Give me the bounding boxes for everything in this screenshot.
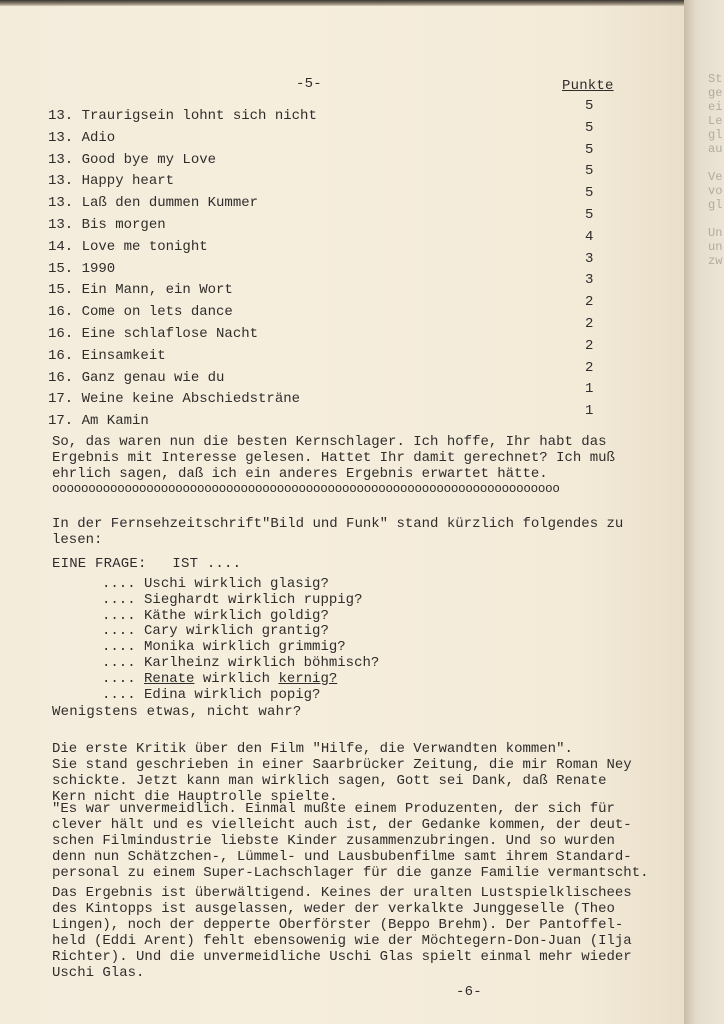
ranking-points: 5 [585, 207, 593, 223]
ranking-row: 17. Am Kamin [48, 413, 149, 429]
ranking-points: 4 [585, 229, 593, 245]
closing-paragraph: So, das waren nun die besten Kernschlage… [52, 434, 692, 482]
question-item: .... Edina wirklich popig? [102, 687, 320, 703]
question-item: .... Monika wirklich grimmig? [102, 639, 346, 655]
ranking-points: 5 [585, 120, 593, 136]
question-item: .... Uschi wirklich glasig? [102, 576, 329, 592]
ranking-row: 15. 1990 [48, 261, 115, 277]
ranking-points: 2 [585, 338, 593, 354]
ranking-points: 2 [585, 360, 593, 376]
question-heading: EINE FRAGE: IST .... [52, 556, 241, 572]
ranking-row: 13. Happy heart [48, 173, 174, 189]
ranking-row: 16. Eine schlaflose Nacht [48, 326, 258, 342]
ranking-row: 15. Ein Mann, ein Wort [48, 282, 233, 298]
ranking-row: 17. Weine keine Abschiedsträne [48, 391, 300, 407]
critique-paragraph: Die erste Kritik über den Film "Hilfe, d… [52, 741, 692, 805]
ranking-points: 2 [585, 316, 593, 332]
ranking-points: 5 [585, 185, 593, 201]
ranking-points: 2 [585, 294, 593, 310]
ranking-points: 5 [585, 98, 593, 114]
question-item: .... Sieghardt wirklich ruppig? [102, 592, 362, 608]
ranking-row: 14. Love me tonight [48, 239, 208, 255]
question-closing: Wenigstens etwas, nicht wahr? [52, 704, 301, 720]
ranking-points: 1 [585, 403, 593, 419]
question-item: .... Karlheinz wirklich böhmisch? [102, 655, 379, 671]
intro-paragraph: In der Fernsehzeitschrift"Bild und Funk"… [52, 516, 692, 548]
ranking-row: 16. Ganz genau wie du [48, 370, 224, 386]
ranking-points: 1 [585, 381, 593, 397]
question-item: .... Cary wirklich grantig? [102, 623, 329, 639]
ranking-points: 5 [585, 142, 593, 158]
ranking-points: 5 [585, 163, 593, 179]
ranking-row: 13. Traurigsein lohnt sich nicht [48, 108, 317, 124]
ranking-row: 16. Come on lets dance [48, 304, 233, 320]
page-number-top: -5- [296, 76, 322, 92]
ranking-points: 3 [585, 272, 593, 288]
ranking-points: 3 [585, 251, 593, 267]
ranking-row: 13. Good bye my Love [48, 152, 216, 168]
ranking-row: 13. Laß den dummen Kummer [48, 195, 258, 211]
page-number-bottom: -6- [456, 984, 482, 1000]
question-item: .... Käthe wirklich goldig? [102, 608, 329, 624]
divider-line: oooooooooooooooooooooooooooooooooooooooo… [52, 482, 682, 496]
question-item: .... Renate wirklich kernig? [102, 671, 337, 687]
ranking-row: 16. Einsamkeit [48, 348, 166, 364]
ranking-row: 13. Bis morgen [48, 217, 166, 233]
ranking-row: 13. Adio [48, 130, 115, 146]
quote-paragraph: "Es war unvermeidlich. Einmal mußte eine… [52, 801, 692, 881]
points-header: Punkte [562, 78, 614, 94]
adjacent-page-text: St ge ei Le gl au Ve vo gl Un un zw [708, 72, 722, 268]
result-paragraph: Das Ergebnis ist überwältigend. Keines d… [52, 885, 692, 981]
